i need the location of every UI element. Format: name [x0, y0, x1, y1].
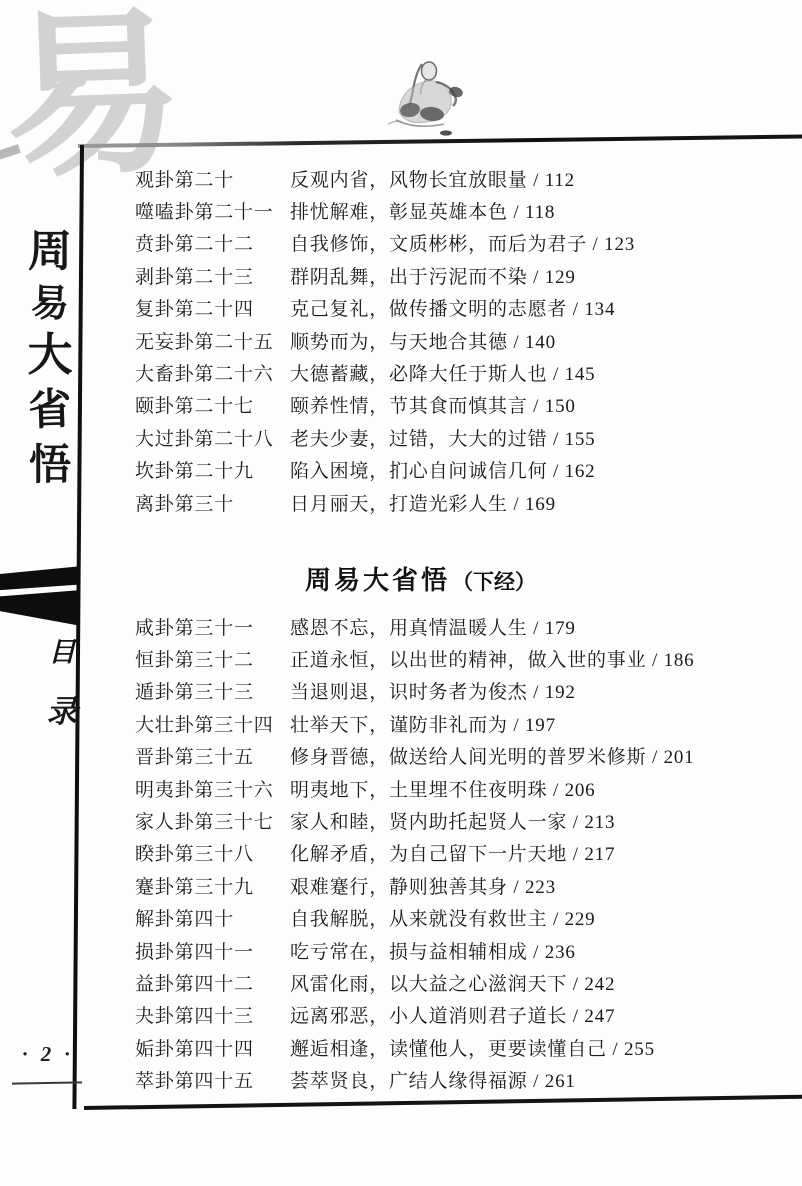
toc-entry: 家人卦第三十七 家人和睦，贤内助托起贤人一家 / 213	[135, 804, 795, 836]
toc-entry: 颐卦第二十七 颐养性情，节其食而慎其言 / 150	[135, 389, 795, 421]
chapter-description: 正道永恒，以出世的精神，做入世的事业 / 186	[290, 645, 694, 672]
section-title: 周易大省悟（下经）	[305, 560, 605, 597]
toc-entry: 剥卦第二十三 群阴乱舞，出于污泥而不染 / 129	[135, 259, 795, 291]
chapter-title: 蹇卦第三十九	[135, 872, 290, 899]
chapter-description: 家人和睦，贤内助托起贤人一家 / 213	[290, 807, 615, 834]
chapter-title: 晋卦第三十五	[135, 742, 290, 769]
toc-list-lower: 咸卦第三十一 感恩不忘，用真情温暖人生 / 179 恒卦第三十二 正道永恒，以出…	[135, 610, 795, 1096]
toc-entry: 咸卦第三十一 感恩不忘，用真情温暖人生 / 179	[135, 610, 795, 642]
chapter-description: 修身晋德，做送给人间光明的普罗米修斯 / 201	[290, 742, 694, 769]
chapter-description: 大德蓄藏，必降大任于斯人也 / 145	[290, 359, 595, 386]
chapter-title: 咸卦第三十一	[135, 613, 290, 640]
chapter-title: 复卦第二十四	[135, 294, 290, 321]
toc-entry: 睽卦第三十八 化解矛盾，为自己留下一片天地 / 217	[135, 837, 795, 869]
chapter-description: 当退则退，识时务者为俊杰 / 192	[290, 677, 576, 704]
chapter-description: 艰难蹇行，静则独善其身 / 223	[290, 872, 556, 899]
chapter-description: 排忧解难，彰显英雄本色 / 118	[290, 197, 555, 224]
toc-entry: 晋卦第三十五 修身晋德，做送给人间光明的普罗米修斯 / 201	[135, 740, 795, 772]
section-title-subtitle: （下经）	[452, 570, 536, 594]
chapter-title: 姤卦第四十四	[135, 1034, 290, 1061]
toc-entry: 遁卦第三十三 当退则退，识时务者为俊杰 / 192	[135, 675, 795, 707]
chapter-title: 益卦第四十二	[135, 969, 290, 996]
chapter-title: 恒卦第三十二	[135, 645, 290, 672]
toc-entry: 夬卦第四十三 远离邪恶，小人道消则君子道长 / 247	[135, 999, 795, 1031]
toc-entry: 益卦第四十二 风雷化雨，以大益之心滋润天下 / 242	[135, 966, 795, 998]
chapter-title: 夬卦第四十三	[135, 1001, 290, 1028]
toc-entry: 损卦第四十一 吃亏常在，损与益相辅相成 / 236	[135, 934, 795, 966]
toc-list-upper: 观卦第二十 反观内省，风物长宜放眼量 / 112 噬嗑卦第二十一 排忧解难，彰显…	[135, 162, 795, 518]
chapter-title: 贲卦第二十二	[135, 229, 290, 256]
chapter-description: 明夷地下，土里埋不住夜明珠 / 206	[290, 775, 595, 802]
book-title-char: 悟	[24, 442, 76, 487]
seated-sage-ink-illustration	[366, 50, 484, 140]
chapter-description: 陷入困境，扪心自问诚信几何 / 162	[290, 456, 595, 483]
chapter-title: 家人卦第三十七	[135, 807, 290, 834]
toc-label: 目 录	[38, 630, 86, 731]
toc-entry: 大畜卦第二十六 大德蓄藏，必降大任于斯人也 / 145	[135, 356, 795, 388]
chapter-description: 自我解脱，从来就没有救世主 / 229	[290, 904, 595, 931]
chapter-title: 离卦第三十	[135, 489, 290, 516]
chapter-title: 萃卦第四十五	[135, 1066, 290, 1093]
chapter-description: 化解矛盾，为自己留下一片天地 / 217	[290, 839, 615, 866]
toc-entry: 离卦第三十 日月丽天，打造光彩人生 / 169	[135, 486, 795, 518]
toc-entry: 姤卦第四十四 邂逅相逢，读懂他人，更要读懂自己 / 255	[135, 1031, 795, 1063]
chapter-description: 克己复礼，做传播文明的志愿者 / 134	[290, 294, 615, 321]
chapter-description: 荟萃贤良，广结人缘得福源 / 261	[290, 1066, 576, 1093]
chapter-description: 远离邪恶，小人道消则君子道长 / 247	[290, 1001, 615, 1028]
scanned-book-page: 易 周 易 大 省 悟 目 录 观卦第二十 反观内省，风物长宜放眼量 / 112	[0, 0, 802, 1186]
toc-label-char: 目	[38, 630, 86, 669]
toc-entry: 大过卦第二十八 老夫少妻，过错，大大的过错 / 155	[135, 421, 795, 453]
toc-label-char: 录	[38, 686, 86, 731]
chapter-description: 颐养性情，节其食而慎其言 / 150	[290, 391, 576, 418]
frame-border-bottom	[84, 1095, 802, 1110]
chapter-description: 吃亏常在，损与益相辅相成 / 236	[290, 937, 576, 964]
chapter-title: 无妄卦第二十五	[135, 327, 290, 354]
section-title-main: 周易大省悟	[305, 566, 450, 595]
toc-entry: 无妄卦第二十五 顺势而为，与天地合其德 / 140	[135, 324, 795, 356]
chapter-title: 解卦第四十	[135, 904, 290, 931]
chapter-title: 剥卦第二十三	[135, 262, 290, 289]
chapter-description: 老夫少妻，过错，大大的过错 / 155	[290, 424, 595, 451]
toc-entry: 贲卦第二十二 自我修饰，文质彬彬，而后为君子 / 123	[135, 227, 795, 259]
chapter-title: 观卦第二十	[135, 165, 290, 192]
page-number: · 2 ·	[10, 1042, 86, 1067]
chapter-description: 感恩不忘，用真情温暖人生 / 179	[290, 613, 576, 640]
toc-entry: 复卦第二十四 克己复礼，做传播文明的志愿者 / 134	[135, 292, 795, 324]
chapter-title: 大畜卦第二十六	[135, 359, 290, 386]
chapter-description: 群阴乱舞，出于污泥而不染 / 129	[290, 262, 576, 289]
book-title-char: 周	[24, 228, 76, 276]
chapter-title: 噬嗑卦第二十一	[135, 197, 290, 224]
toc-entry: 蹇卦第三十九 艰难蹇行，静则独善其身 / 223	[135, 869, 795, 901]
chapter-title: 大过卦第二十八	[135, 424, 290, 451]
chapter-description: 顺势而为，与天地合其德 / 140	[290, 327, 556, 354]
book-title-char: 易	[23, 281, 76, 324]
chapter-description: 日月丽天，打造光彩人生 / 169	[290, 489, 556, 516]
book-title-char: 大	[24, 331, 76, 380]
page-number-underline	[12, 1081, 82, 1084]
toc-entry: 噬嗑卦第二十一 排忧解难，彰显英雄本色 / 118	[135, 194, 795, 226]
chapter-title: 明夷卦第三十六	[135, 775, 290, 802]
toc-entry: 大壮卦第三十四 壮举天下，谨防非礼而为 / 197	[135, 707, 795, 739]
chapter-description: 风雷化雨，以大益之心滋润天下 / 242	[290, 969, 615, 996]
chapter-title: 大壮卦第三十四	[135, 710, 290, 737]
chapter-title: 坎卦第二十九	[135, 456, 290, 483]
sidebar-book-title: 周 易 大 省 悟	[24, 228, 76, 487]
chapter-description: 邂逅相逢，读懂他人，更要读懂自己 / 255	[290, 1034, 655, 1061]
toc-entry: 恒卦第三十二 正道永恒，以出世的精神，做入世的事业 / 186	[135, 642, 795, 674]
chapter-description: 壮举天下，谨防非礼而为 / 197	[290, 710, 556, 737]
chapter-description: 反观内省，风物长宜放眼量 / 112	[290, 165, 575, 192]
toc-entry: 解卦第四十 自我解脱，从来就没有救世主 / 229	[135, 902, 795, 934]
book-title-char: 省	[23, 386, 77, 434]
toc-entry: 坎卦第二十九 陷入困境，扪心自问诚信几何 / 162	[135, 454, 795, 486]
toc-entry: 萃卦第四十五 荟萃贤良，广结人缘得福源 / 261	[135, 1063, 795, 1095]
chapter-title: 睽卦第三十八	[135, 839, 290, 866]
chapter-title: 损卦第四十一	[135, 937, 290, 964]
toc-entry: 明夷卦第三十六 明夷地下，土里埋不住夜明珠 / 206	[135, 772, 795, 804]
chapter-title: 颐卦第二十七	[135, 391, 290, 418]
chapter-description: 自我修饰，文质彬彬，而后为君子 / 123	[290, 229, 635, 256]
chapter-title: 遁卦第三十三	[135, 677, 290, 704]
wedge-ornament	[0, 560, 80, 630]
toc-entry: 观卦第二十 反观内省，风物长宜放眼量 / 112	[135, 162, 795, 194]
